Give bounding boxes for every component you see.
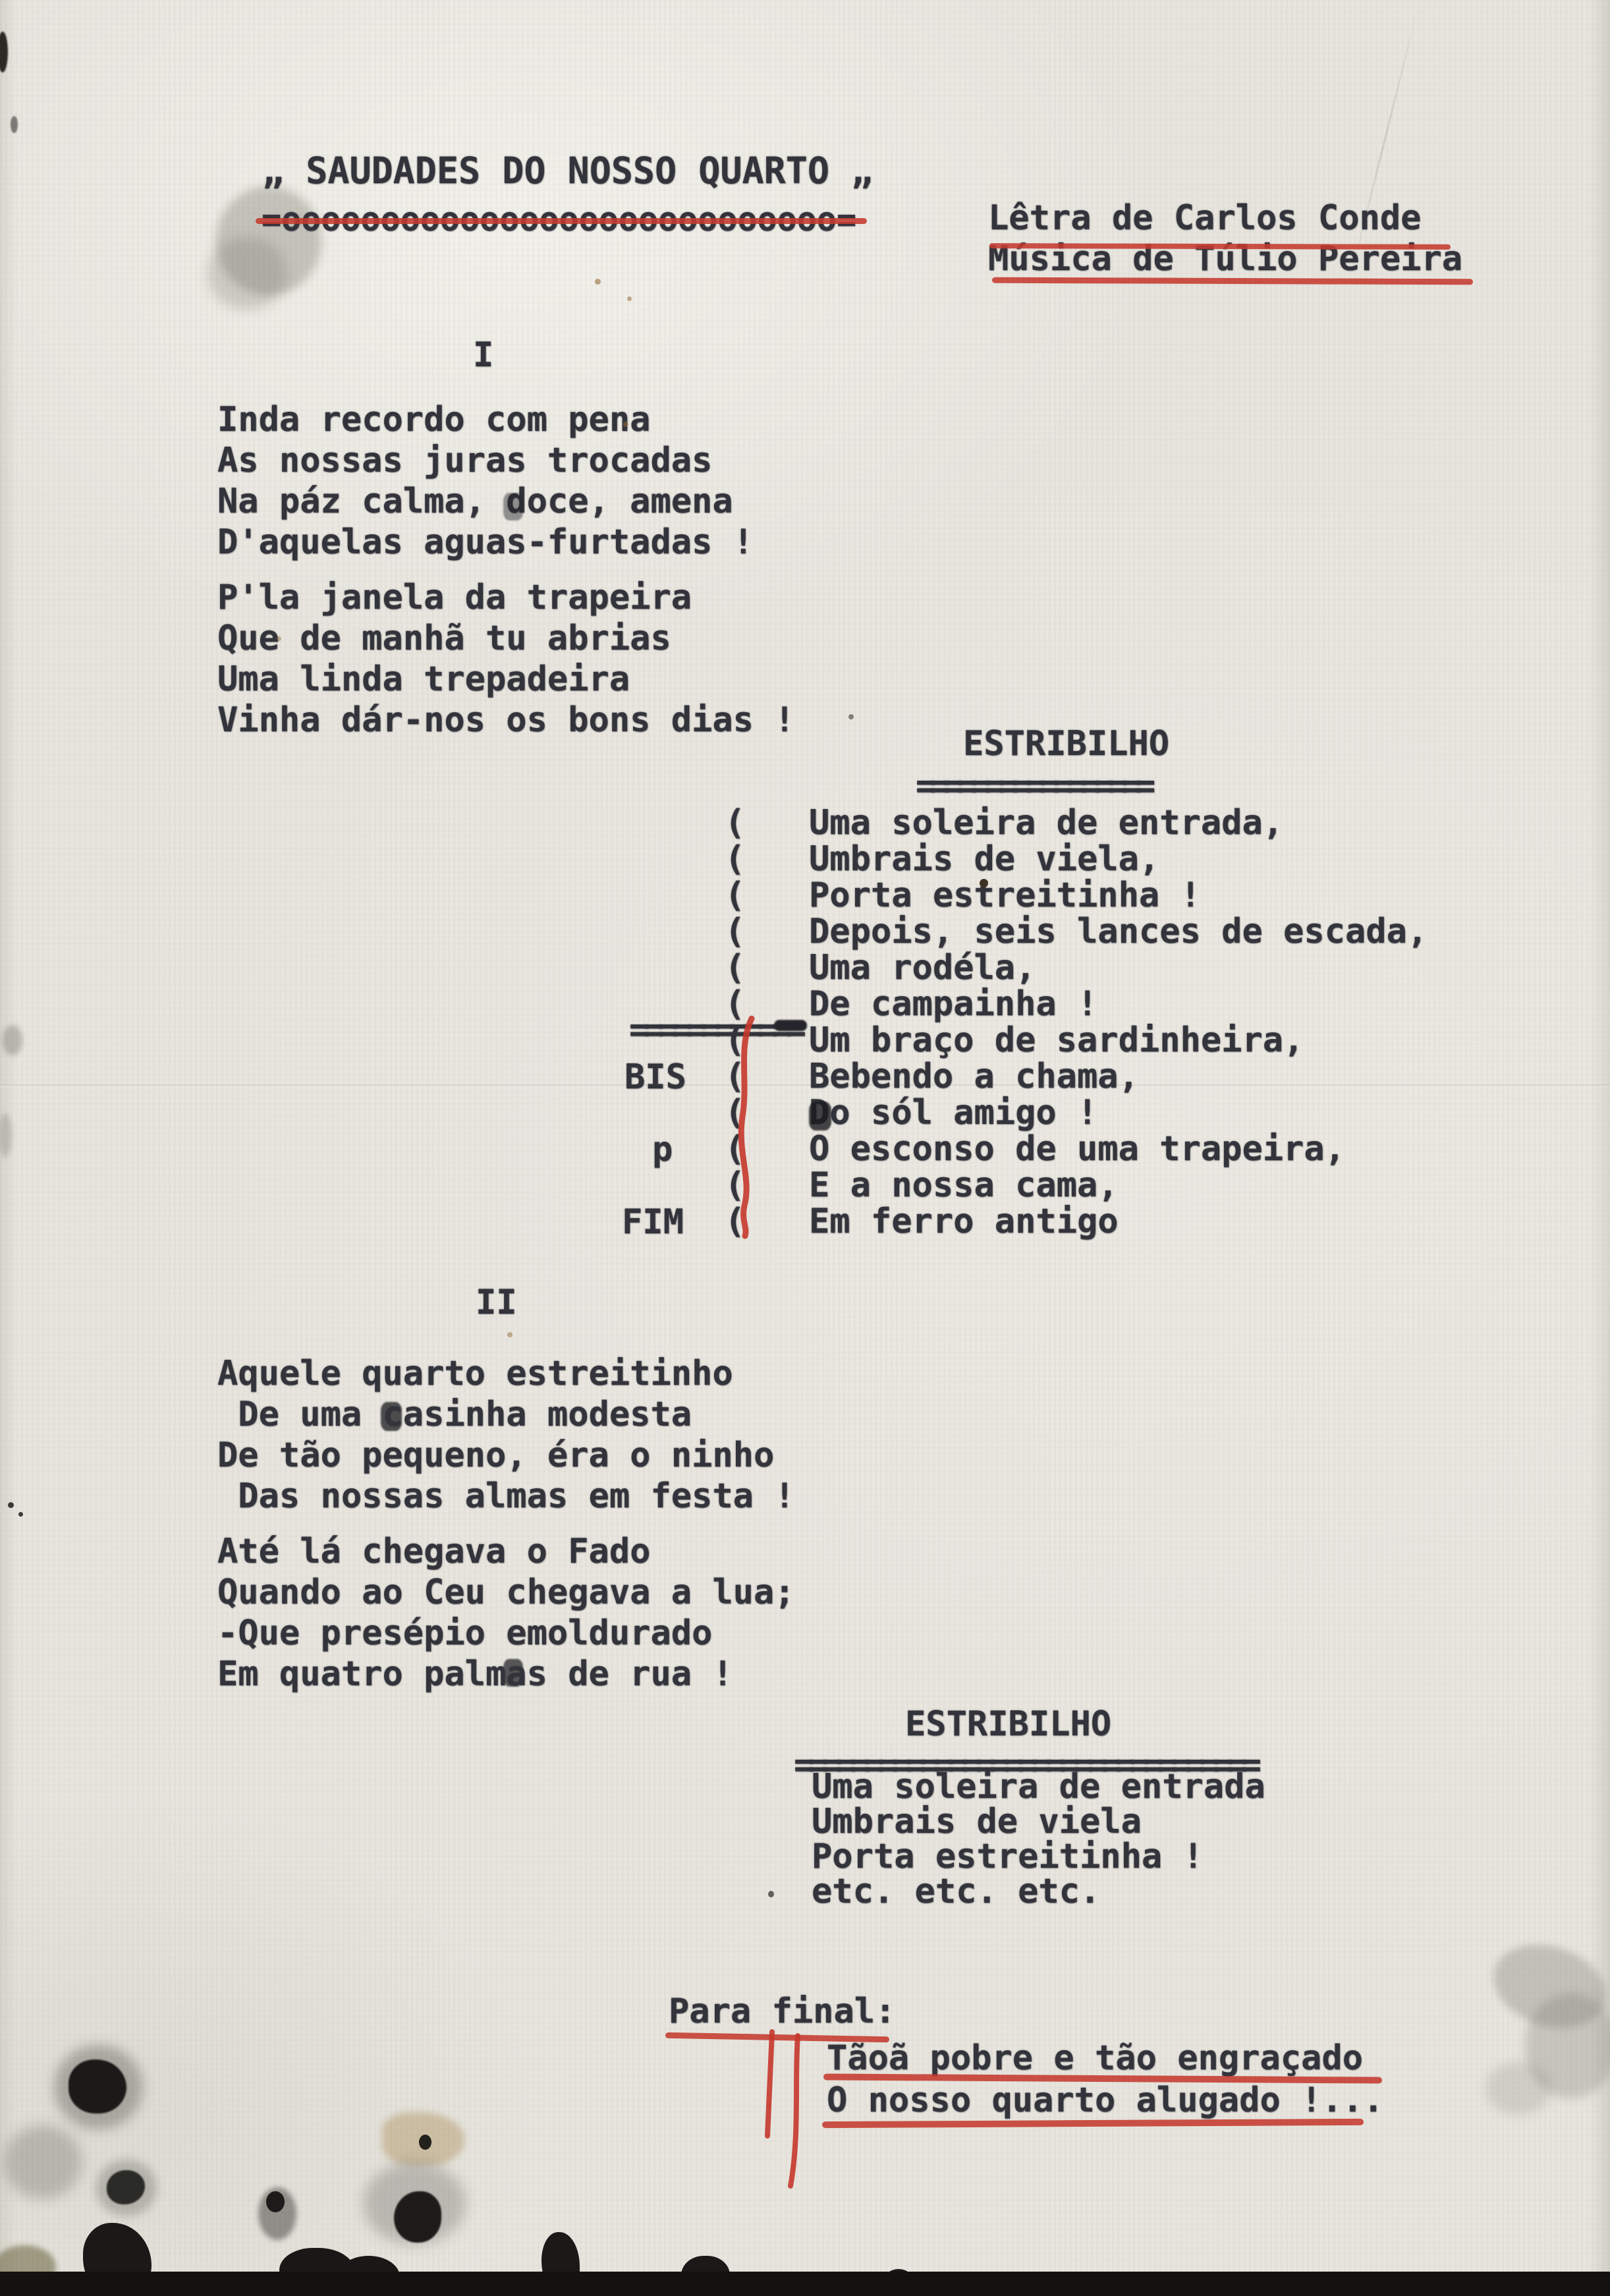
- speck: [277, 636, 281, 641]
- speck: [18, 1512, 23, 1517]
- smudge: [0, 1113, 12, 1157]
- speck: [623, 422, 628, 427]
- refrain-2-text: Uma soleira de entrada Umbrais de viela …: [812, 1770, 1265, 1909]
- para-final-label: Para final:: [669, 1991, 895, 2032]
- refrain-dashes: ============: [629, 1009, 800, 1050]
- document-title: „ SAUDADES DO NOSSO QUARTO „: [262, 150, 873, 191]
- estribilho-1-rule: =================: [916, 766, 1149, 806]
- estribilho-2-heading: ESTRIBILHO: [905, 1704, 1111, 1745]
- ink-blot: [0, 32, 8, 72]
- refrain-1-text: Uma soleira de entrada, Umbrais de viela…: [809, 805, 1428, 1240]
- speck: [595, 279, 601, 285]
- red-tick-2: [791, 2036, 798, 2186]
- scan-edge: [0, 2272, 1610, 2296]
- red-strike-line: [256, 218, 867, 224]
- ink-blot: [69, 2059, 126, 2114]
- ink-blot: [266, 2191, 285, 2212]
- overstrike-blob: [809, 1102, 831, 1131]
- verse-2: P'la janela da trapeira Que de manhã tu …: [217, 577, 795, 741]
- ink-blot: [419, 2135, 431, 2150]
- credit-lyrics: Lêtra de Carlos Conde: [988, 198, 1421, 238]
- ink-blot: [394, 2191, 441, 2243]
- speck: [507, 1332, 513, 1337]
- speck: [980, 879, 988, 887]
- fim-label: FIM: [622, 1202, 684, 1243]
- smudge: [1485, 2062, 1551, 2115]
- ink-blot-halo: [96, 2160, 157, 2216]
- smudge: [3, 1025, 22, 1055]
- section-numeral-1: I: [473, 335, 493, 376]
- speck: [848, 714, 854, 719]
- section-numeral-2: II: [476, 1282, 517, 1323]
- overstrike-blob: [503, 493, 523, 520]
- smudge: [208, 237, 287, 310]
- ink-blot: [11, 116, 18, 133]
- speck: [768, 1891, 774, 1897]
- estribilho-1-heading: ESTRIBILHO: [963, 723, 1169, 764]
- credit-underline: [992, 277, 1473, 285]
- bis-label: BIS: [625, 1057, 686, 1098]
- p-label: p: [652, 1129, 673, 1170]
- red-tick-1: [767, 2032, 772, 2136]
- smudge: [4, 2125, 82, 2199]
- scanned-document-page: „ SAUDADES DO NOSSO QUARTO „ =oooooooooo…: [0, 0, 1610, 2296]
- verse-4: Até lá chegava o Fado Quando ao Ceu cheg…: [217, 1531, 795, 1694]
- verse-1: Inda recordo com pena As nossas juras tr…: [217, 399, 754, 563]
- verse-3: Aquele quarto estreitinho De uma casinha…: [217, 1353, 795, 1517]
- dash-ink-blob: [774, 1020, 807, 1031]
- speck: [8, 1502, 14, 1508]
- speck: [627, 296, 632, 301]
